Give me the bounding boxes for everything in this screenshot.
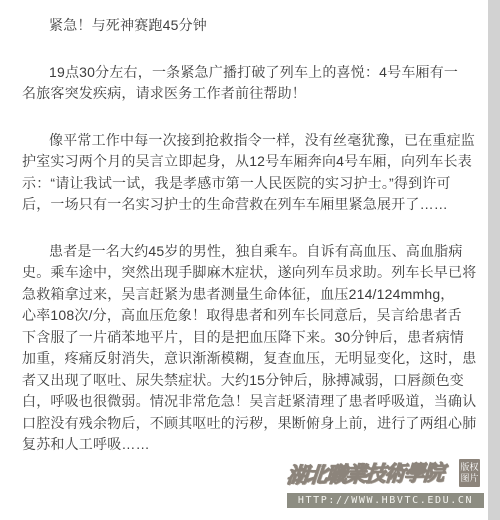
text-line: 复苏和人工呼吸…… bbox=[22, 434, 484, 456]
watermark-url: HTTP://WWW.HBVTC.EDU.CN bbox=[298, 495, 473, 506]
text-line: 史。乘车途中，突然出现手脚麻木症状，遂向列车员求助。列车长早已将 bbox=[22, 262, 484, 284]
text-line: 者又出现了呕吐、尿失禁症状。大约15分钟后，脉搏减弱，口唇颜色变 bbox=[22, 370, 484, 392]
text-line: 名旅客突发疾病，请求医务工作者前往帮助！ bbox=[22, 83, 484, 105]
watermark: 湖北職業技術學院 版权 图片 HTTP://WWW.HBVTC.EDU.CN bbox=[287, 455, 484, 508]
text-line: 心率108次/分，高血压危象！取得患者和列车长同意后，吴言给患者舌 bbox=[22, 305, 484, 327]
text-line: 示：“请让我试一试，我是孝感市第一人民医院的实习护士。”得到许可 bbox=[22, 173, 484, 195]
paragraph: 像平常工作中每一次接到抢救指令一样，没有丝毫犹豫，已在重症监护室实习两个月的吴言… bbox=[22, 130, 484, 216]
text-line: 白，呼吸也很微弱。情况非常危急！吴言赶紧清理了患者呼吸道，当确认 bbox=[22, 391, 484, 413]
text-line: 口腔没有残余物后，不顾其呕吐的污秽，果断俯身上前，进行了两组心肺 bbox=[22, 413, 484, 435]
copyright-badge-line1: 版权 bbox=[460, 462, 478, 473]
paragraph: 19点30分左右，一条紧急广播打破了列车上的喜悦：4号车厢有一名旅客突发疾病，请… bbox=[22, 62, 484, 105]
text-line: 后，一场只有一名实习护士的生命营救在列车车厢里紧急展开了…… bbox=[22, 194, 484, 216]
text-line: 加重，疼痛反射消失，意识渐渐模糊，复查血压，无明显变化，这时，患 bbox=[22, 348, 484, 370]
article-body: 19点30分左右，一条紧急广播打破了列车上的喜悦：4号车厢有一名旅客突发疾病，请… bbox=[22, 62, 484, 456]
paragraph: 患者是一名大约45岁的男性，独自乘车。自诉有高血压、高血脂病史。乘车途中，突然出… bbox=[22, 241, 484, 456]
copyright-badge-line2: 图片 bbox=[460, 473, 478, 484]
text-line: 下含服了一片硝苯地平片，目的是把血压降下来。30分钟后，患者病情 bbox=[22, 327, 484, 349]
watermark-logo-row: 湖北職業技術學院 版权 图片 bbox=[287, 455, 484, 491]
text-line: 护室实习两个月的吴言立即起身，从12号车厢奔向4号车厢，向列车长表 bbox=[22, 151, 484, 173]
text-line: 患者是一名大约45岁的男性，独自乘车。自诉有高血压、高血脂病 bbox=[22, 241, 484, 263]
right-gutter-strip bbox=[488, 0, 500, 520]
text-line: 急救箱拿过来，吴言赶紧为患者测量生命体征，血压214/124mmhg， bbox=[22, 284, 484, 306]
document-page: 紧急！与死神赛跑45分钟 19点30分左右，一条紧急广播打破了列车上的喜悦：4号… bbox=[0, 0, 500, 520]
article-text: 紧急！与死神赛跑45分钟 19点30分左右，一条紧急广播打破了列车上的喜悦：4号… bbox=[22, 15, 484, 456]
copyright-badge: 版权 图片 bbox=[459, 459, 480, 487]
watermark-url-bar: HTTP://WWW.HBVTC.EDU.CN bbox=[287, 493, 484, 508]
watermark-logo-text: 湖北職業技術學院 bbox=[286, 457, 461, 490]
text-line: 像平常工作中每一次接到抢救指令一样，没有丝毫犹豫，已在重症监 bbox=[22, 130, 484, 152]
text-line: 19点30分左右，一条紧急广播打破了列车上的喜悦：4号车厢有一 bbox=[22, 62, 484, 84]
article-title: 紧急！与死神赛跑45分钟 bbox=[22, 15, 484, 37]
